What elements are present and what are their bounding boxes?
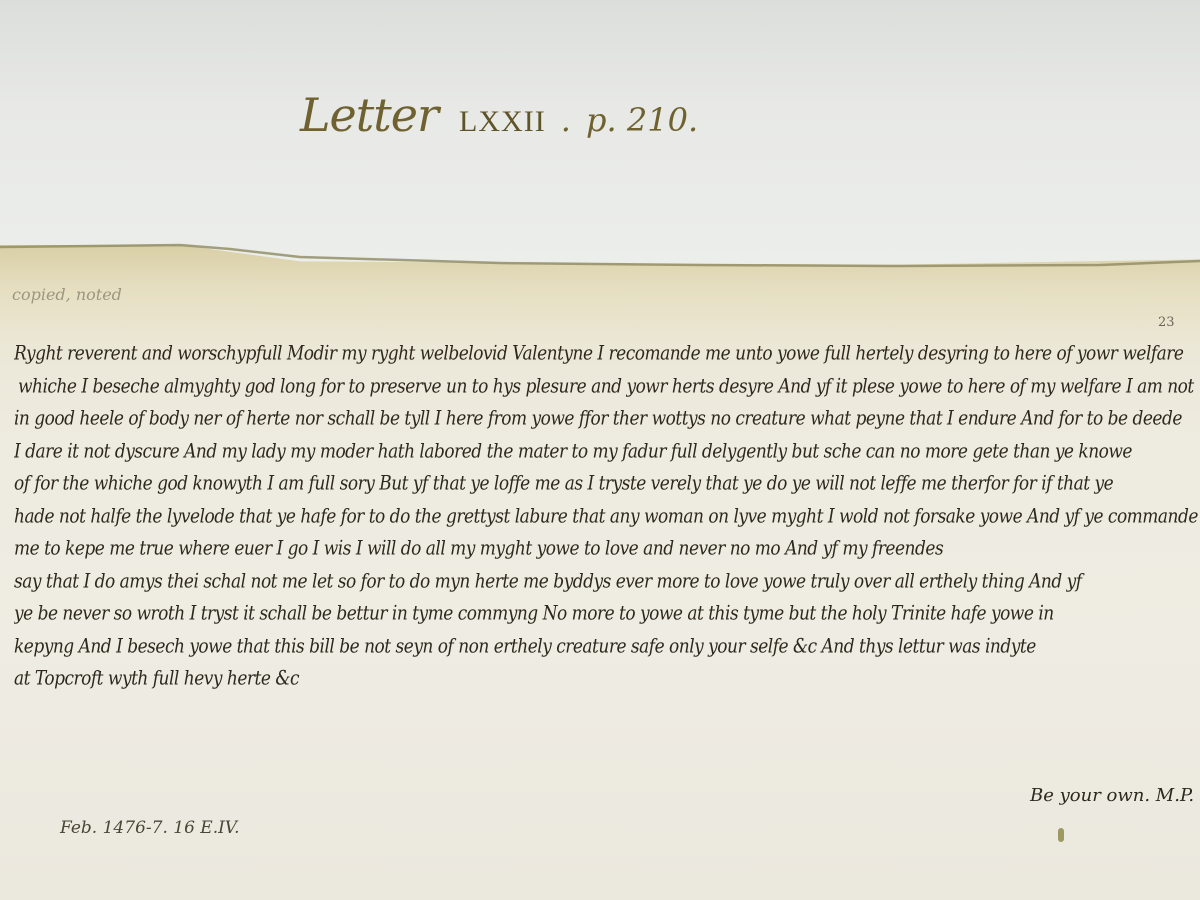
- letter-line: of for the whiche god knowyth I am full …: [14, 466, 1200, 503]
- folio-number: 23: [1158, 315, 1175, 330]
- letter-line: in good heele of body ner of herte nor s…: [14, 401, 1200, 438]
- letter-number: LXXII: [459, 105, 546, 138]
- archival-date: Feb. 1476-7. 16 E.IV.: [60, 818, 240, 838]
- letter-line: Ryght reverent and worschypfull Modir my…: [14, 336, 1200, 373]
- letter-line: ye be never so wroth I tryst it schall b…: [14, 596, 1200, 633]
- letter-line: at Topcroft wyth full hevy herte &c: [14, 661, 1200, 698]
- signature-closing: Be your own. M.P.: [1030, 785, 1194, 806]
- letter-line: me to kepe me true where euer I go I wis…: [14, 531, 1200, 568]
- letter-body: Ryght reverent and worschypfull Modir my…: [14, 338, 1200, 696]
- letter-header-label: Letter LXXII . p. 210.: [300, 88, 698, 142]
- header-separator: .: [561, 101, 571, 139]
- page-reference: p. 210.: [586, 101, 698, 139]
- header-word: Letter: [300, 88, 438, 142]
- ink-blot-icon: [1058, 828, 1064, 842]
- marginal-note: copied, noted: [12, 285, 122, 304]
